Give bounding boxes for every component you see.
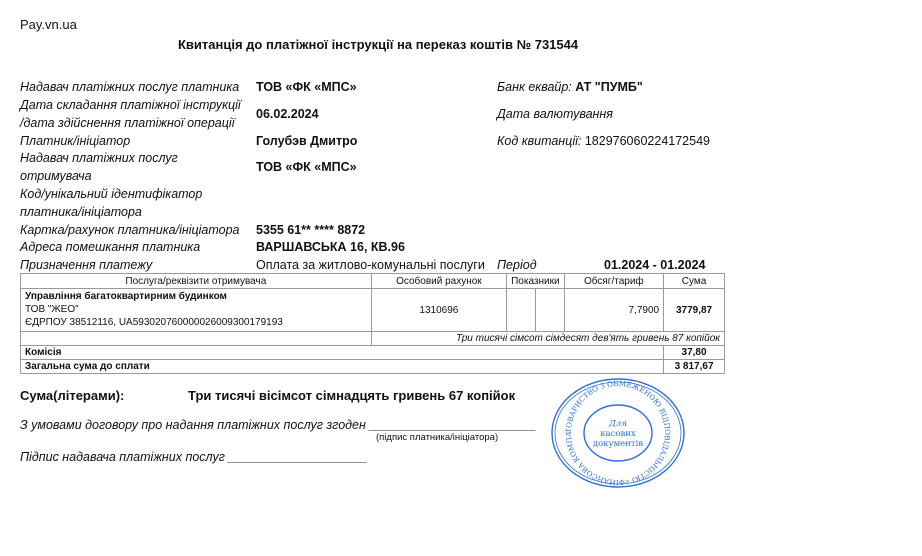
receipt-code-label: Код квитанції:: [497, 134, 581, 148]
card-label: Картка/рахунок платника/ініціатора: [20, 223, 240, 237]
amount-value: 3779,87: [664, 289, 725, 332]
recipient-provider-label-2: отримувача: [20, 169, 92, 183]
header-account: Особовий рахунок: [371, 274, 506, 289]
payer-id-label-2: платника/ініціатора: [20, 205, 142, 219]
provider-signature-line: Підпис надавача платіжних послуг _______…: [20, 450, 367, 464]
bank-label: Банк еквайр:: [497, 80, 572, 94]
recipient-provider-label-1: Надавач платіжних послуг: [20, 151, 178, 165]
site-name: Pay.vn.ua: [20, 17, 77, 32]
address-value: ВАРШАВСЬКА 16, КВ.96: [256, 240, 405, 254]
value-date-label: Дата валютування: [497, 107, 613, 121]
svg-text:Для: Для: [608, 419, 627, 429]
service-details: Управління багатоквартирним будинком ТОВ…: [21, 289, 372, 332]
services-table: Послуга/реквізити отримувача Особовий ра…: [20, 273, 725, 374]
signature-hint: (підпис платника/ініціатора): [376, 432, 498, 443]
table-row: Управління багатоквартирним будинком ТОВ…: [21, 289, 725, 332]
personal-account: 1310696: [371, 289, 506, 332]
bank-value: АТ "ПУМБ": [575, 80, 643, 94]
service-name: Управління багатоквартирним будинком: [25, 290, 367, 303]
commission-label: Комісія: [21, 346, 664, 360]
amount-words-row: Три тисячі сімсот сімдесят дев'ять гриве…: [21, 332, 725, 346]
receipt-code: Код квитанції: 182976060224172549: [497, 134, 710, 148]
receipt-code-value: 182976060224172549: [585, 134, 710, 148]
recipient-name: ТОВ "ЖЕО": [25, 303, 367, 316]
date-label-1: Дата складання платіжної інструкції: [20, 98, 241, 112]
payer-provider-label: Надавач платіжних послуг платника: [20, 80, 239, 94]
period-label: Період: [497, 258, 537, 272]
total-label: Загальна сума до сплати: [21, 360, 664, 374]
purpose-value: Оплата за житлово-комунальні послуги: [256, 258, 485, 272]
payer-id-label-1: Код/унікальний ідентифікатор: [20, 187, 202, 201]
card-value: 5355 61** **** 8872: [256, 223, 365, 237]
commission-value: 37,80: [664, 346, 725, 360]
table-header-row: Послуга/реквізити отримувача Особовий ра…: [21, 274, 725, 289]
recipient-requisites: ЄДРПОУ 38512116, UA593020760000026009300…: [25, 316, 367, 329]
date-value: 06.02.2024: [256, 107, 319, 121]
header-service: Послуга/реквізити отримувача: [21, 274, 372, 289]
svg-text:касових: касових: [600, 429, 636, 439]
period-value: 01.2024 - 01.2024: [604, 258, 705, 272]
company-stamp-icon: ТОВАРИСТВО З ОБМЕЖЕНОЮ ВІДПОВІДАЛЬНІСТЮ …: [548, 377, 688, 489]
payer-provider-value: ТОВ «ФК «МПС»: [256, 80, 357, 94]
agreement-signature-line: З умовами договору про надання платіжних…: [20, 418, 536, 432]
purpose-label: Призначення платежу: [20, 258, 152, 272]
sum-words-value: Три тисячі вісімсот сімнадцять гривень 6…: [188, 388, 515, 403]
date-label-2: /дата здійснення платіжної операції: [20, 116, 234, 130]
tariff-value: 7,7900: [564, 289, 664, 332]
payer-value: Голубэв Дмитро: [256, 134, 357, 148]
header-amount: Сума: [664, 274, 725, 289]
acquirer-bank: Банк еквайр: АТ "ПУМБ": [497, 80, 643, 94]
header-tariff: Обсяг/тариф: [564, 274, 664, 289]
recipient-provider-value: ТОВ «ФК «МПС»: [256, 160, 357, 174]
sum-words-label: Сума(літерами):: [20, 388, 124, 403]
total-value: 3 817,67: [664, 360, 725, 374]
svg-text:документів: документів: [593, 439, 643, 449]
payer-label: Платник/ініціатор: [20, 134, 130, 148]
receipt-title: Квитанція до платіжної інструкції на пер…: [178, 37, 578, 52]
header-readings: Показники: [507, 274, 564, 289]
readings-cell-2: [535, 289, 564, 332]
readings-cell-1: [507, 289, 536, 332]
total-row: Загальна сума до сплати 3 817,67: [21, 360, 725, 374]
address-label: Адреса помешкання платника: [20, 240, 200, 254]
commission-row: Комісія 37,80: [21, 346, 725, 360]
amount-words: Три тисячі сімсот сімдесят дев'ять гриве…: [371, 332, 724, 346]
